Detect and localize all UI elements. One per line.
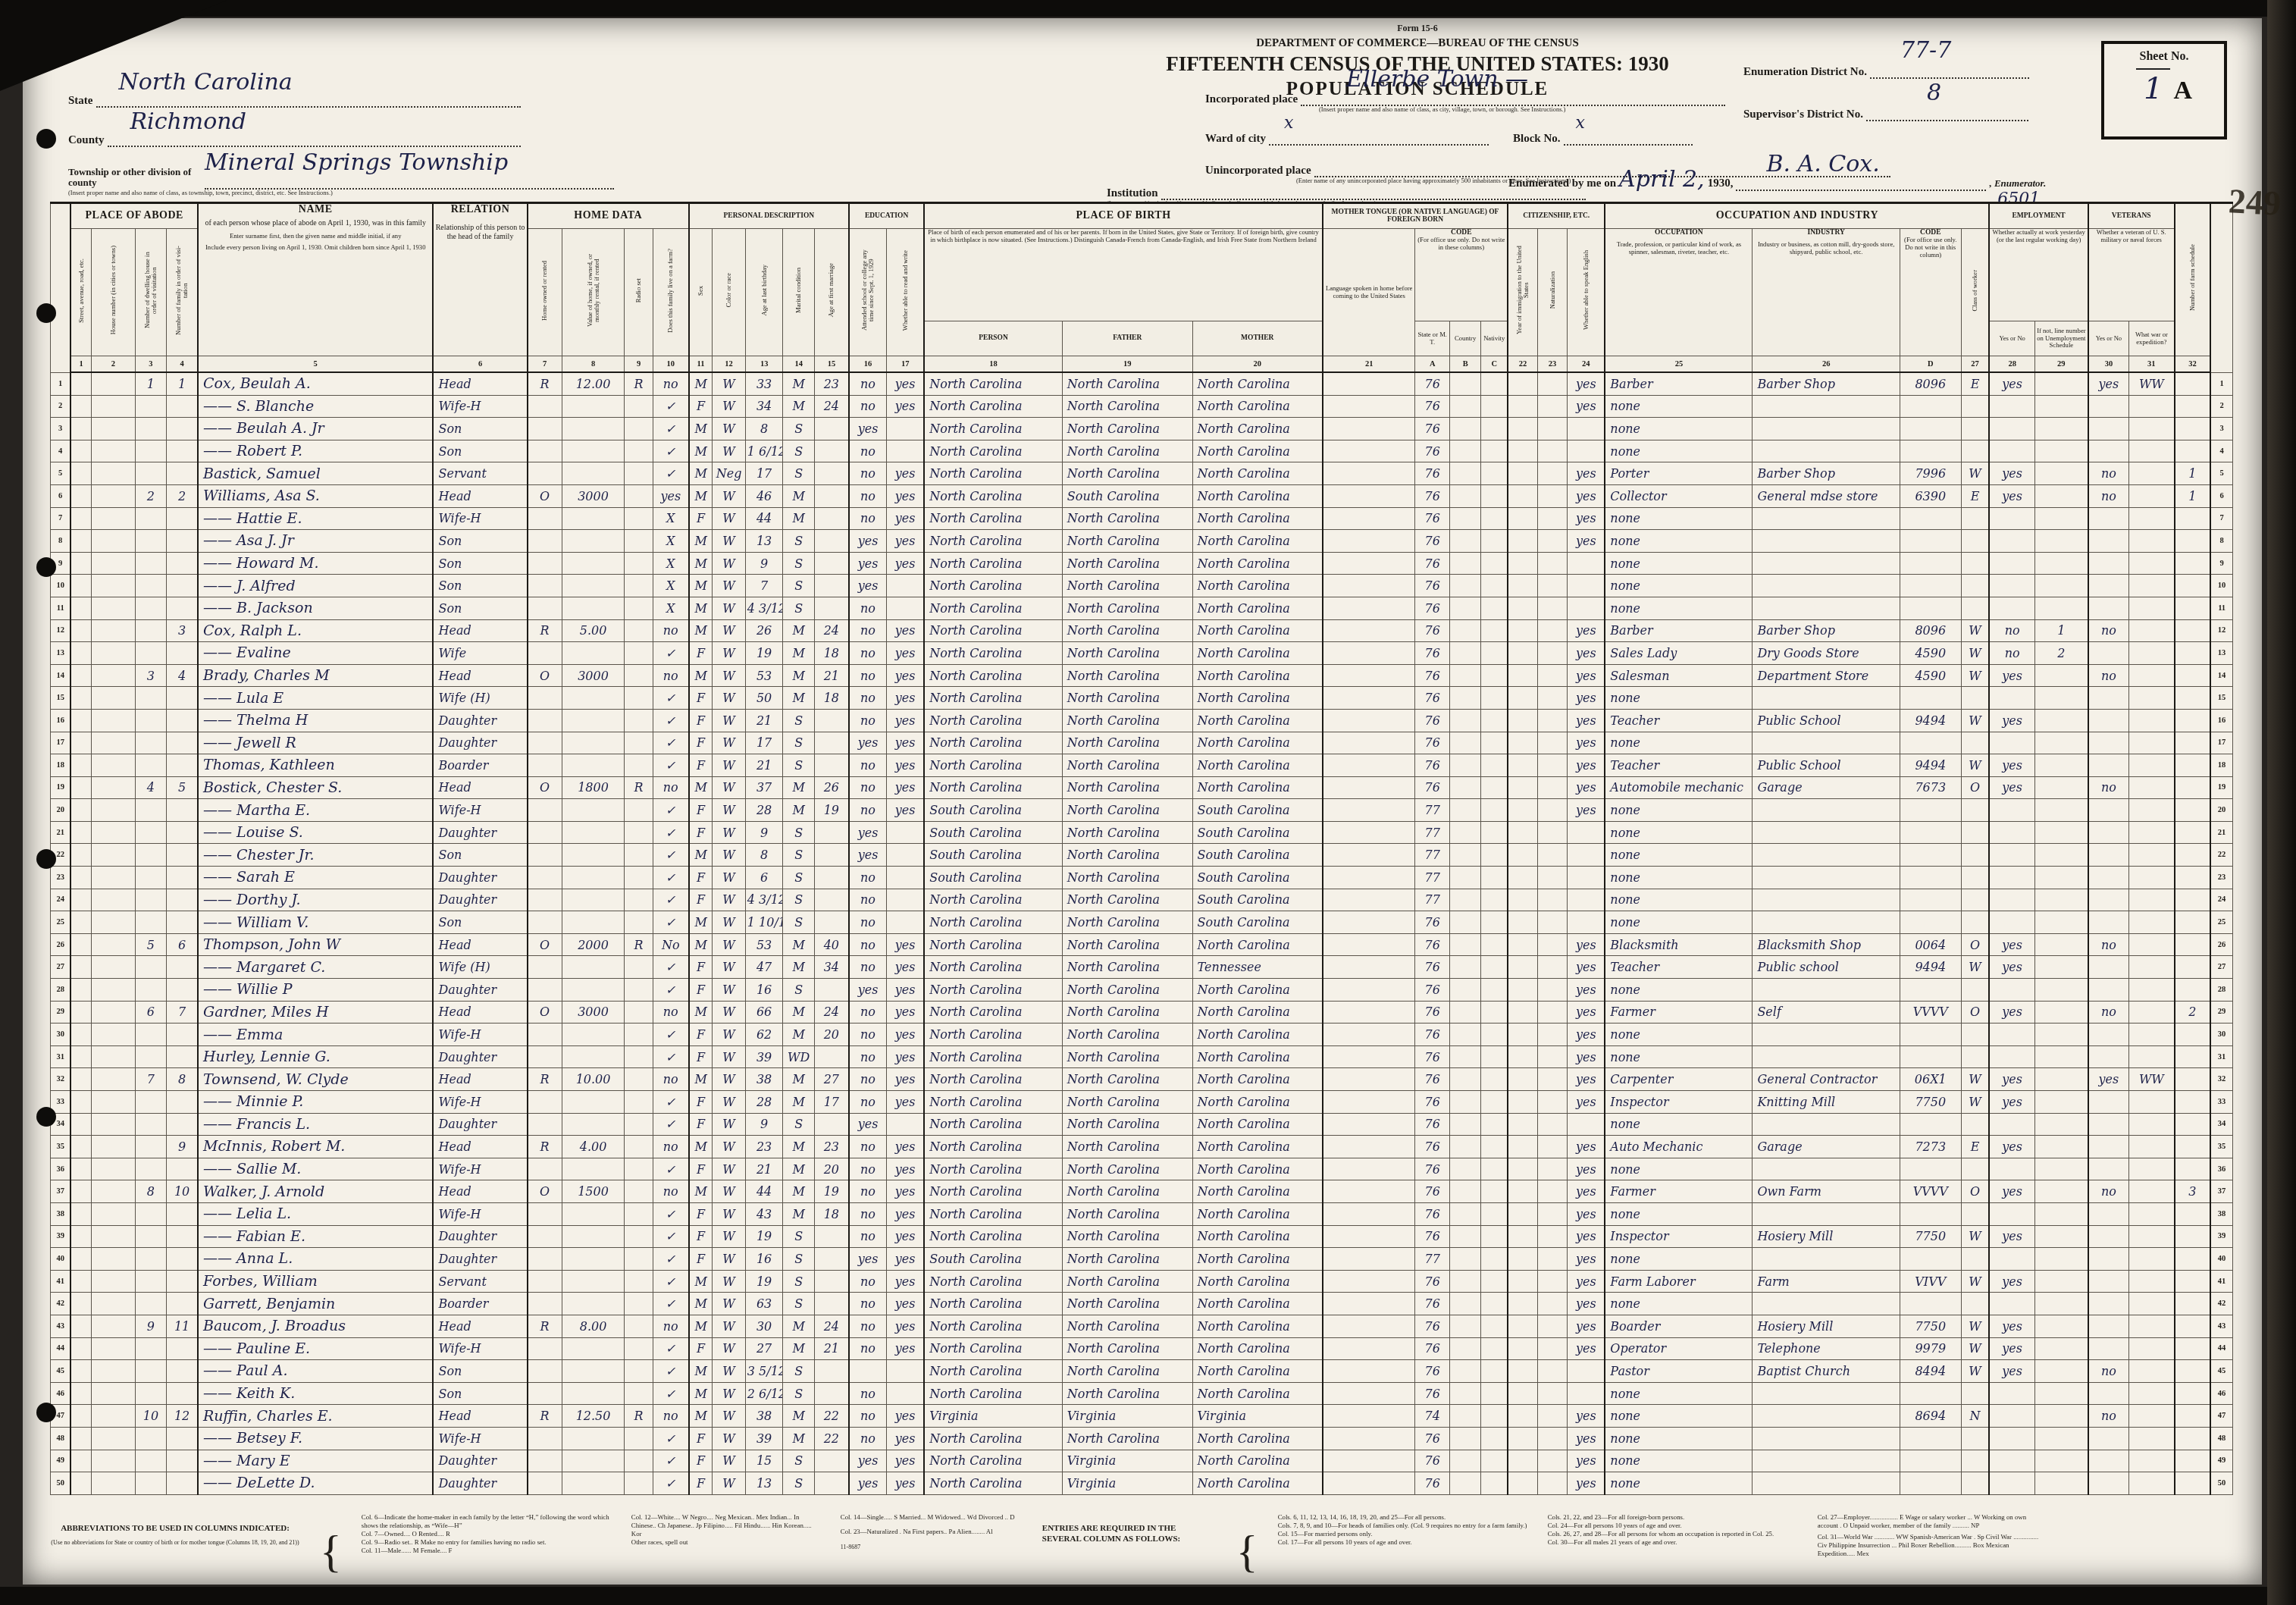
cell-family (167, 1225, 198, 1248)
line-number-right: 47 (2210, 1405, 2232, 1428)
cell-naturalization (1537, 1091, 1567, 1114)
cell-occupation: Auto Mechanic (1605, 1136, 1753, 1158)
cell-war (2129, 619, 2175, 642)
cell-value (562, 1293, 625, 1315)
cell-relation: Daughter (433, 1450, 527, 1472)
cell-house (91, 1091, 135, 1114)
cell-veteran (2088, 889, 2129, 911)
cell-dwelling (135, 1293, 166, 1315)
group-veterans: VETERANS (2088, 203, 2175, 229)
cell-code_a: 77 (1415, 844, 1450, 867)
cell-dwelling: 5 (135, 933, 166, 956)
cell-street (70, 575, 91, 597)
cell-bp_mother: North Carolina (1192, 1270, 1323, 1293)
cell-language (1323, 507, 1415, 530)
cell-immigration (1508, 1113, 1537, 1136)
cell-code_c (1481, 1202, 1508, 1225)
abbreviations-note: (Use no abbreviations for State or count… (50, 1539, 300, 1547)
cell-street (70, 1113, 91, 1136)
cell-read_write (887, 821, 925, 844)
cell-code_b (1449, 597, 1480, 619)
cell-code_b (1449, 1024, 1480, 1046)
cell-owned (528, 418, 562, 440)
cell-name: McInnis, Robert M. (198, 1136, 433, 1158)
cell-relation: Daughter (433, 889, 527, 911)
cell-relation: Head (433, 664, 527, 687)
cell-code_d (1900, 1450, 1961, 1472)
cell-industry (1753, 1293, 1900, 1315)
cell-worked: no (1989, 642, 2034, 665)
cell-naturalization (1537, 462, 1567, 485)
line-number-left: 41 (51, 1270, 71, 1293)
cell-sex: F (689, 1024, 713, 1046)
cell-bp_father: North Carolina (1062, 1293, 1192, 1315)
cell-color: W (713, 956, 745, 979)
cell-name: —— Anna L. (198, 1248, 433, 1271)
cell-sex: M (689, 844, 713, 867)
cell-house (91, 1024, 135, 1046)
cell-radio: R (625, 933, 653, 956)
cell-house (91, 979, 135, 1002)
cell-industry: Knitting Mill (1753, 1091, 1900, 1114)
cell-marital: S (783, 530, 814, 553)
cell-english (1568, 844, 1605, 867)
cell-bp_mother: North Carolina (1192, 530, 1323, 553)
cell-name: Hurley, Lennie G. (198, 1045, 433, 1068)
cell-dwelling: 2 (135, 484, 166, 507)
cell-language (1323, 1202, 1415, 1225)
cell-house (91, 575, 135, 597)
cell-code_b (1449, 1225, 1480, 1248)
cell-code_b (1449, 1293, 1480, 1315)
cell-read_write: yes (887, 1068, 925, 1091)
cell-code_d (1900, 732, 1961, 754)
cell-worked (1989, 1293, 2034, 1315)
cell-age_married (814, 1450, 849, 1472)
cell-age_married: 21 (814, 1337, 849, 1360)
cell-marital: S (783, 1270, 814, 1293)
cell-occupation: Pastor (1605, 1360, 1753, 1383)
cell-veteran: no (2088, 1001, 2129, 1024)
line-number-left: 24 (51, 889, 71, 911)
cell-read_write: yes (887, 484, 925, 507)
group-mother-tongue: MOTHER TONGUE (OR NATIVE LANGUAGE) OF FO… (1323, 203, 1508, 229)
column-number-B: B (1449, 356, 1480, 373)
census-row: 17—— Jewell RDaughter✓FW17SyesyesNorth C… (51, 732, 2233, 754)
census-row: 1945Bostick, Chester S.HeadO1800RnoMW37M… (51, 776, 2233, 799)
cell-sex: M (689, 1001, 713, 1024)
cell-name: Williams, Asa S. (198, 484, 433, 507)
cell-immigration (1508, 418, 1537, 440)
cell-marital: S (783, 1382, 814, 1405)
cell-code_a: 77 (1415, 799, 1450, 822)
cell-code_a: 76 (1415, 1315, 1450, 1337)
cell-street (70, 1315, 91, 1337)
cell-farm: ✓ (653, 440, 689, 462)
cell-worked: yes (1989, 776, 2034, 799)
cell-code_a: 77 (1415, 889, 1450, 911)
cell-worked (1989, 1248, 2034, 1271)
cell-code_a: 76 (1415, 687, 1450, 710)
cell-class: W (1961, 664, 1989, 687)
cell-immigration (1508, 1225, 1537, 1248)
occupation-title: OCCUPATION (1607, 229, 1750, 237)
cell-owned (528, 597, 562, 619)
entries-required-title: ENTRIES ARE REQUIRED IN THE SEVERAL COLU… (1042, 1524, 1217, 1589)
line-number-right: 1 (2210, 372, 2232, 395)
cell-radio (625, 1091, 653, 1114)
cell-english (1568, 575, 1605, 597)
cell-marital: M (783, 1427, 814, 1450)
enum-year: 1930, (1708, 177, 1734, 190)
cell-occupation: none (1605, 552, 1753, 575)
cell-worked (1989, 911, 2034, 934)
cell-age_married: 23 (814, 372, 849, 395)
cell-war (2129, 979, 2175, 1002)
cell-street (70, 911, 91, 934)
cell-farm_sched (2175, 552, 2211, 575)
cell-farm: ✓ (653, 956, 689, 979)
cell-dwelling (135, 530, 166, 553)
cell-farm: no (653, 1001, 689, 1024)
cell-farm_sched (2175, 867, 2211, 889)
cell-age_married: 22 (814, 1427, 849, 1450)
cell-dwelling (135, 575, 166, 597)
cell-owned (528, 1113, 562, 1136)
cell-farm: no (653, 1315, 689, 1337)
cell-relation: Daughter (433, 1225, 527, 1248)
industry-desc: Industry or business, as cot­ton mill, d… (1754, 241, 1898, 256)
cell-language (1323, 1337, 1415, 1360)
cell-bp_person: North Carolina (924, 776, 1062, 799)
cell-farm_sched (2175, 933, 2211, 956)
cell-worked (1989, 1450, 2034, 1472)
cell-age_married (814, 1293, 849, 1315)
cell-class (1961, 732, 1989, 754)
cell-unemp_line (2034, 1113, 2088, 1136)
cell-name: —— Beulah A. Jr (198, 418, 433, 440)
cell-industry (1753, 1202, 1900, 1225)
cell-occupation: Collector (1605, 484, 1753, 507)
cell-code_a: 76 (1415, 1382, 1450, 1405)
cell-age_married (814, 462, 849, 485)
cell-class (1961, 507, 1989, 530)
cell-relation: Servant (433, 462, 527, 485)
cell-code_c (1481, 642, 1508, 665)
cell-worked (1989, 1202, 2034, 1225)
cell-dwelling (135, 1225, 166, 1248)
cell-farm: ✓ (653, 1091, 689, 1114)
cell-english (1568, 440, 1605, 462)
cell-code_a: 76 (1415, 664, 1450, 687)
cell-name: —— Thelma H (198, 709, 433, 732)
cell-age: 16 (745, 1248, 783, 1271)
cell-english: yes (1568, 530, 1605, 553)
cell-class (1961, 1450, 1989, 1472)
birthplace-father-header: FATHER (1062, 321, 1192, 356)
line-number-right: 40 (2210, 1248, 2232, 1271)
line-number-right: 30 (2210, 1024, 2232, 1046)
cell-value (562, 1427, 625, 1450)
cell-relation: Daughter (433, 1472, 527, 1495)
cell-code_b (1449, 1202, 1480, 1225)
cell-bp_mother: North Carolina (1192, 1337, 1323, 1360)
cell-class (1961, 418, 1989, 440)
cell-class: O (1961, 776, 1989, 799)
col-occupation: OCCUPATION Trade, profession, or particu… (1605, 229, 1753, 356)
cell-street (70, 732, 91, 754)
cell-immigration (1508, 911, 1537, 934)
cell-marital: M (783, 642, 814, 665)
cell-code_c (1481, 776, 1508, 799)
place-of-birth-desc: Place of birth of each person enumerated… (924, 229, 1323, 321)
cell-war (2129, 844, 2175, 867)
cell-english: yes (1568, 732, 1605, 754)
cell-war (2129, 418, 2175, 440)
cell-bp_father: North Carolina (1062, 642, 1192, 665)
cell-industry: Garage (1753, 776, 1900, 799)
cell-read_write: yes (887, 1045, 925, 1068)
column-number-16: 16 (849, 356, 887, 373)
cell-occupation: none (1605, 799, 1753, 822)
cell-age: 13 (745, 1472, 783, 1495)
cell-relation: Wife-H (433, 1337, 527, 1360)
state-value: North Carolina (119, 71, 293, 94)
cell-bp_mother: North Carolina (1192, 395, 1323, 418)
cell-radio (625, 575, 653, 597)
cell-english: yes (1568, 1158, 1605, 1180)
cell-farm: ✓ (653, 1427, 689, 1450)
column-number-12: 12 (713, 356, 745, 373)
cell-house (91, 1248, 135, 1271)
cell-unemp_line (2034, 1450, 2088, 1472)
line-number-left: 21 (51, 821, 71, 844)
cell-unemp_line (2034, 911, 2088, 934)
cell-relation: Son (433, 530, 527, 553)
cell-school: no (849, 1158, 887, 1180)
cell-immigration (1508, 484, 1537, 507)
cell-age: 66 (745, 1001, 783, 1024)
cell-unemp_line (2034, 1202, 2088, 1225)
cell-age_married (814, 821, 849, 844)
cell-code_d (1900, 1427, 1961, 1450)
cell-street (70, 776, 91, 799)
township-field: Township or other division of county Min… (68, 167, 644, 196)
col-industry: INDUSTRY Industry or business, as cot­to… (1753, 229, 1900, 356)
column-number-20: 20 (1192, 356, 1323, 373)
cell-occupation: none (1605, 687, 1753, 710)
cell-code_a: 77 (1415, 1248, 1450, 1271)
cell-class: N (1961, 1405, 1989, 1428)
cell-dwelling: 4 (135, 776, 166, 799)
group-citizenship: CITIZENSHIP, ETC. (1508, 203, 1605, 229)
cell-language (1323, 462, 1415, 485)
cell-value: 12.00 (562, 372, 625, 395)
cell-code_d: 9494 (1900, 709, 1961, 732)
cell-marital: S (783, 418, 814, 440)
cell-owned (528, 1158, 562, 1180)
cell-dwelling (135, 956, 166, 979)
cell-sex: M (689, 1360, 713, 1383)
cell-school: no (849, 597, 887, 619)
cell-read_write: yes (887, 979, 925, 1002)
cell-language (1323, 530, 1415, 553)
col-mother-tongue: Language spoken in home before coming to… (1323, 229, 1415, 356)
code-state-header: State or M. T. (1415, 321, 1450, 356)
cell-school: no (849, 664, 887, 687)
cell-read_write: yes (887, 1315, 925, 1337)
cell-relation: Daughter (433, 821, 527, 844)
name-desc-3: Include every person living on April 1, … (200, 244, 431, 252)
cell-immigration (1508, 1180, 1537, 1203)
cell-occupation: Boarder (1605, 1315, 1753, 1337)
cell-code_c (1481, 1024, 1508, 1046)
cell-language (1323, 1045, 1415, 1068)
cell-read_write: yes (887, 1248, 925, 1271)
cell-farm: no (653, 1180, 689, 1203)
attended-school-label: Attended school or college any time sinc… (861, 246, 875, 335)
cell-farm: no (653, 664, 689, 687)
cell-war (2129, 1270, 2175, 1293)
cell-relation: Head (433, 1068, 527, 1091)
unemployment-line-header: If not, line number on Unem­ployment Sch… (2034, 321, 2088, 356)
column-number-23: 23 (1537, 356, 1567, 373)
cell-age_married (814, 1113, 849, 1136)
state-field: State North Carolina (68, 94, 521, 108)
line-number-left: 46 (51, 1382, 71, 1405)
cell-worked: yes (1989, 1091, 2034, 1114)
cell-immigration (1508, 867, 1537, 889)
cell-naturalization (1537, 619, 1567, 642)
cell-bp_mother: North Carolina (1192, 1045, 1323, 1068)
cell-dwelling (135, 687, 166, 710)
cell-age: 23 (745, 1136, 783, 1158)
cell-war (2129, 1136, 2175, 1158)
cell-language (1323, 911, 1415, 934)
cell-immigration (1508, 687, 1537, 710)
cell-house (91, 1113, 135, 1136)
cell-industry: Self (1753, 1001, 1900, 1024)
cell-code_c (1481, 440, 1508, 462)
cell-code_d: 4590 (1900, 642, 1961, 665)
cell-age: 2 6/12 (745, 1382, 783, 1405)
cell-english: yes (1568, 1472, 1605, 1495)
cell-radio (625, 1136, 653, 1158)
cell-occupation: none (1605, 597, 1753, 619)
group-place-of-birth: PLACE OF BIRTH (924, 203, 1323, 229)
cell-naturalization (1537, 1472, 1567, 1495)
cell-marital: S (783, 1360, 814, 1383)
cell-unemp_line (2034, 1024, 2088, 1046)
cell-unemp_line (2034, 530, 2088, 553)
cell-class (1961, 911, 1989, 934)
cell-school: yes (849, 1472, 887, 1495)
cell-naturalization (1537, 1225, 1567, 1248)
cell-color: W (713, 1337, 745, 1360)
footnotes: ABBREVIATIONS TO BE USED IN COLUMNS INDI… (50, 1513, 2233, 1589)
cell-age_married (814, 709, 849, 732)
cell-bp_person: North Carolina (924, 552, 1062, 575)
note-col9: Col. 9—Radio set.. R Make no entry for f… (362, 1538, 612, 1547)
cell-unemp_line (2034, 1248, 2088, 1271)
cell-worked (1989, 799, 2034, 822)
cell-name: —— Martha E. (198, 799, 433, 822)
cell-owned (528, 732, 562, 754)
cell-code_b (1449, 1337, 1480, 1360)
column-number-9: 9 (625, 356, 653, 373)
ward-label: Ward of city (1205, 133, 1266, 145)
cell-worked (1989, 395, 2034, 418)
cell-street (70, 440, 91, 462)
cell-war (2129, 462, 2175, 485)
cell-code_d (1900, 687, 1961, 710)
cell-house (91, 507, 135, 530)
cell-radio (625, 1472, 653, 1495)
cell-read_write: yes (887, 372, 925, 395)
cell-language (1323, 1001, 1415, 1024)
cell-school: no (849, 799, 887, 822)
cell-code_d (1900, 1248, 1961, 1271)
line-number-right: 7 (2210, 507, 2232, 530)
col-speak-english: Whether able to speak English (1568, 229, 1605, 356)
cell-english (1568, 821, 1605, 844)
cell-family (167, 597, 198, 619)
cell-owned: R (528, 619, 562, 642)
cell-worked (1989, 844, 2034, 867)
cell-immigration (1508, 1405, 1537, 1428)
line-number-left: 48 (51, 1427, 71, 1450)
cell-industry: Department Store (1753, 664, 1900, 687)
cell-bp_mother: North Carolina (1192, 776, 1323, 799)
cell-farm: no (653, 1068, 689, 1091)
cell-veteran (2088, 1427, 2129, 1450)
cell-family: 9 (167, 1136, 198, 1158)
line-number-left: 45 (51, 1360, 71, 1383)
cell-unemp_line (2034, 440, 2088, 462)
census-row: 111Cox, Beulah A.HeadR12.00RnoMW33M23noy… (51, 372, 2233, 395)
cell-war (2129, 1360, 2175, 1383)
cell-naturalization (1537, 1270, 1567, 1293)
cell-naturalization (1537, 372, 1567, 395)
cell-marital: S (783, 575, 814, 597)
cell-name: —— Sallie M. (198, 1158, 433, 1180)
cell-war (2129, 395, 2175, 418)
cell-veteran: no (2088, 1405, 2129, 1428)
cell-bp_person: North Carolina (924, 1202, 1062, 1225)
cell-radio (625, 530, 653, 553)
note-col6: Col. 6—Indicate the home-maker in each f… (362, 1513, 612, 1530)
cell-owned (528, 709, 562, 732)
cell-industry: Public school (1753, 956, 1900, 979)
cell-class: W (1961, 1091, 1989, 1114)
cell-bp_father: North Carolina (1062, 1225, 1192, 1248)
group-home-data: HOME DATA (528, 203, 689, 229)
cell-bp_father: North Carolina (1062, 507, 1192, 530)
cell-radio (625, 507, 653, 530)
cell-farm_sched (2175, 418, 2211, 440)
cell-war (2129, 754, 2175, 777)
cell-naturalization (1537, 844, 1567, 867)
cell-immigration (1508, 440, 1537, 462)
cell-naturalization (1537, 821, 1567, 844)
cell-read_write: yes (887, 1024, 925, 1046)
cell-naturalization (1537, 1180, 1567, 1203)
cell-sex: F (689, 732, 713, 754)
cell-occupation: none (1605, 1113, 1753, 1136)
cell-dwelling: 8 (135, 1180, 166, 1203)
cell-worked (1989, 1472, 2034, 1495)
cell-farm: X (653, 597, 689, 619)
